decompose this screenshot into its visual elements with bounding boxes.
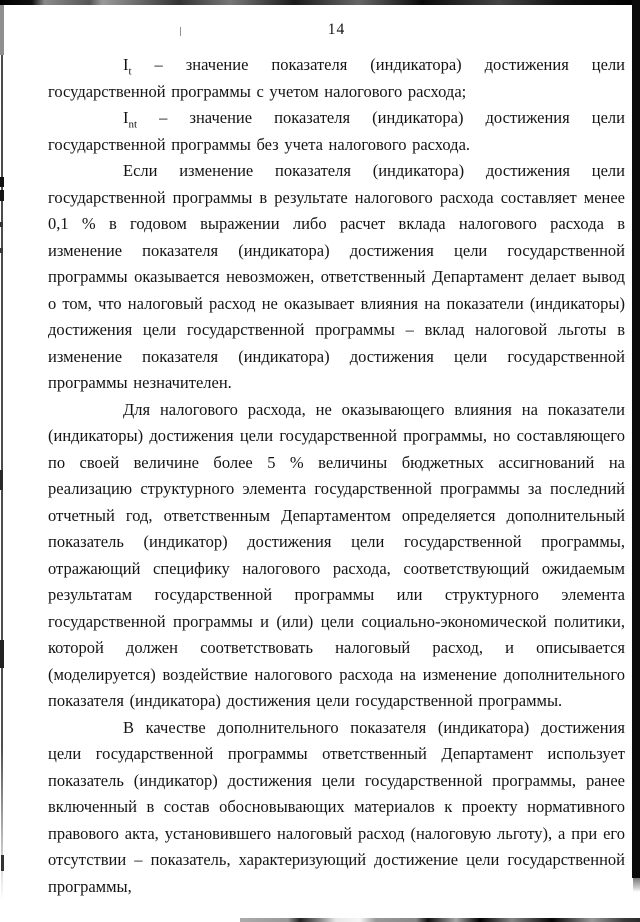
scan-edge-top bbox=[0, 0, 640, 5]
scan-speck bbox=[0, 177, 4, 187]
scan-speck bbox=[1, 855, 4, 871]
variable-it: It bbox=[123, 55, 132, 74]
scan-speck bbox=[0, 248, 3, 253]
scan-edge-left-line bbox=[1, 5, 3, 910]
paragraph-for-tax-expense: Для налогового расхода, не оказывающего … bbox=[48, 397, 625, 715]
paragraph-if-change: Если изменение показателя (индикатора) д… bbox=[48, 158, 625, 397]
dash: – bbox=[155, 55, 163, 74]
dash: – bbox=[159, 108, 167, 127]
variable-int: Int bbox=[123, 108, 137, 127]
variable-subscript: nt bbox=[129, 118, 138, 130]
scan-speck bbox=[0, 222, 3, 227]
paragraph-additional-indicator: В качестве дополнительного показателя (и… bbox=[48, 715, 625, 901]
document-body: It – значение показателя (индикатора) до… bbox=[48, 52, 625, 900]
scan-speck bbox=[0, 470, 3, 490]
paragraph-text: В качестве дополнительного показателя (и… bbox=[48, 718, 625, 896]
paragraph-definition-int: Int – значение показателя (индикатора) д… bbox=[48, 105, 625, 158]
scan-edge-right bbox=[632, 0, 640, 878]
scanned-document-page: 14 It – значение показателя (индикатора)… bbox=[0, 0, 640, 922]
scan-edge-bottom bbox=[240, 918, 640, 922]
scan-edge-right-fade bbox=[633, 878, 640, 892]
scan-edge-left-smear bbox=[0, 5, 4, 55]
page-number: 14 bbox=[48, 21, 625, 39]
paragraph-definition-it: It – значение показателя (индикатора) до… bbox=[48, 52, 625, 105]
paragraph-text: Для налогового расхода, не оказывающего … bbox=[48, 400, 625, 711]
scan-speck bbox=[0, 190, 4, 201]
paragraph-text: значение показателя (индикатора) достиже… bbox=[48, 55, 625, 101]
scan-speck bbox=[0, 640, 4, 668]
paragraph-text: Если изменение показателя (индикатора) д… bbox=[48, 161, 625, 392]
variable-subscript: t bbox=[129, 65, 132, 77]
